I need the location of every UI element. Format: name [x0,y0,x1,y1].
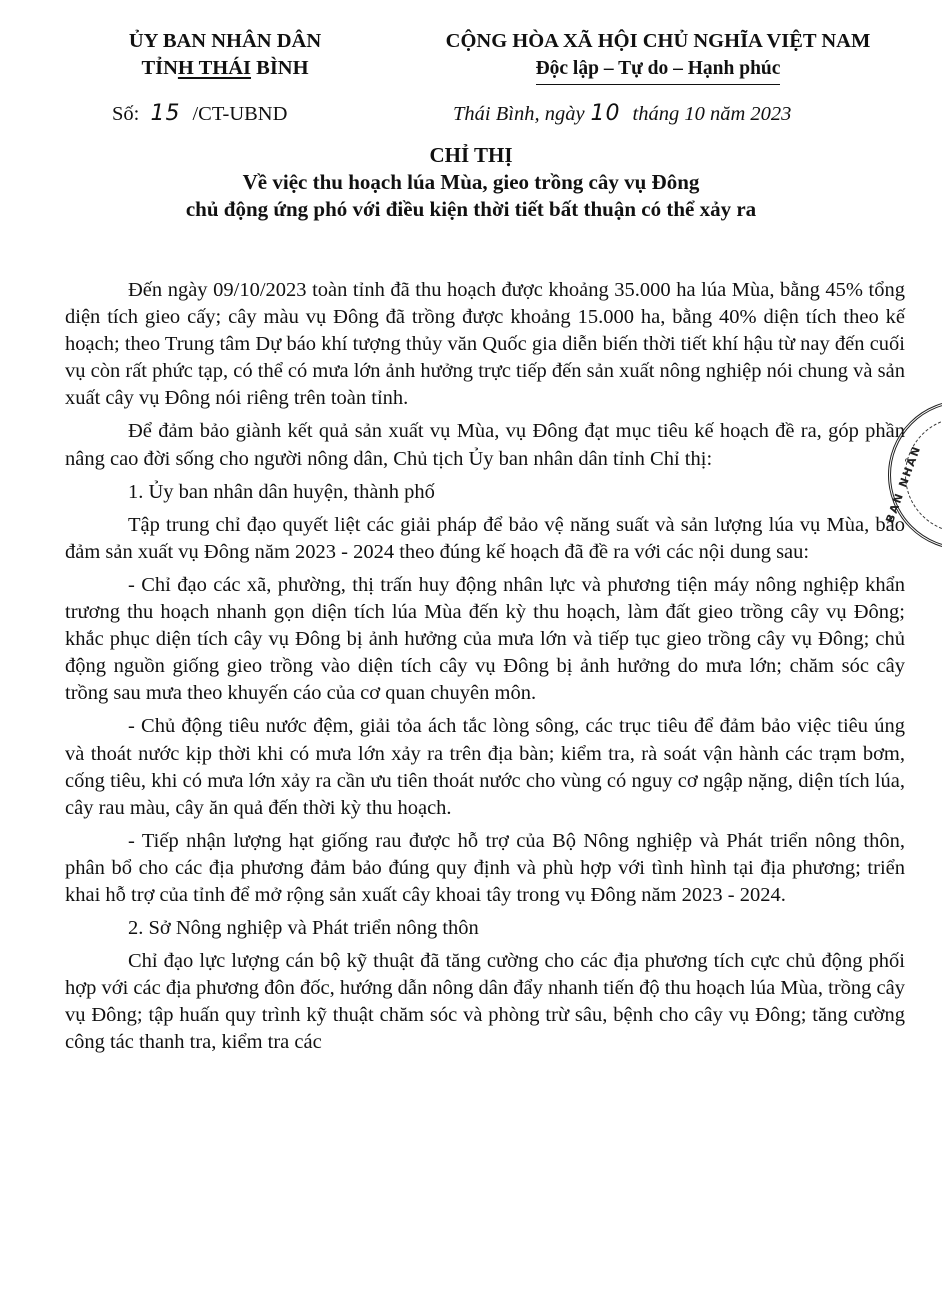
section-heading-1: 1. Ủy ban nhân dân huyện, thành phố [65,479,905,506]
paragraph-directive: Để đảm bảo giành kết quả sản xuất vụ Mùa… [65,418,905,472]
issue-date: Thái Bình, ngày10tháng 10 năm 2023 [453,101,791,126]
issuing-agency: ỦY BAN NHÂN DÂN TỈNH THÁI BÌNH [95,28,355,82]
agency-line-2-suffix: BÌNH [251,57,309,79]
number-label: Số: [112,103,139,125]
agency-line-2-prefix: TỈN [141,57,177,79]
document-number: Số: 15/CT-UBND [112,101,287,126]
date-suffix: tháng 10 năm 2023 [633,103,792,125]
section-heading-2: 2. Sở Nông nghiệp và Phát triển nông thô… [65,915,905,942]
list-item: - Tiếp nhận lượng hạt giống rau được hỗ … [65,828,905,909]
document-body: Đến ngày 09/10/2023 toàn tỉnh đã thu hoạ… [65,277,905,1063]
agency-line-2: TỈNH THÁI BÌNH [95,55,355,82]
paragraph-intro: Đến ngày 09/10/2023 toàn tỉnh đã thu hoạ… [65,277,905,412]
document-title: CHỈ THỊ Về việc thu hoạch lúa Mùa, gieo … [0,142,942,223]
country-name: CỘNG HÒA XÃ HỘI CHỦ NGHĨA VIỆT NAM [408,28,908,55]
paragraph-section-2: Chỉ đạo lực lượng cán bộ kỹ thuật đã tăn… [65,948,905,1056]
agency-line-2-underlined: H THÁI [178,57,251,79]
national-header: CỘNG HÒA XÃ HỘI CHỦ NGHĨA VIỆT NAM Độc l… [408,28,908,85]
handwritten-number: 15 [144,101,192,126]
subject-line-1: Về việc thu hoạch lúa Mùa, gieo trồng câ… [0,169,942,196]
document-type: CHỈ THỊ [0,142,942,169]
handwritten-day: 10 [585,101,633,126]
list-item: - Chủ động tiêu nước đệm, giải tỏa ách t… [65,713,905,821]
subject-line-2: chủ động ứng phó với điều kiện thời tiết… [0,196,942,223]
paragraph-section-1: Tập trung chỉ đạo quyết liệt các giải ph… [65,512,905,566]
list-item: - Chỉ đạo các xã, phường, thị trấn huy đ… [65,572,905,707]
national-motto: Độc lập – Tự do – Hạnh phúc [536,56,781,85]
date-prefix: Thái Bình, ngày [453,103,585,125]
agency-line-1: ỦY BAN NHÂN DÂN [95,28,355,55]
number-suffix: /CT-UBND [192,103,287,125]
